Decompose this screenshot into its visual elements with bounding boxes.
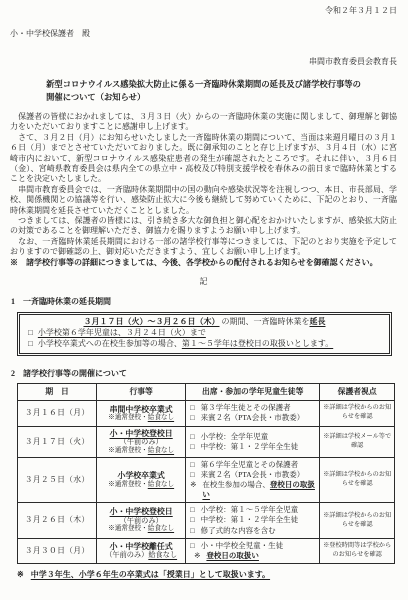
checkbox-glyph: □ [190, 505, 195, 515]
table-row: ３月２５日（水） 小学校卒業式 ※通常登校・給食なし □第６学年全児童とその保護… [18, 457, 395, 503]
document-title-line2: 開催について（お知らせ） [46, 92, 361, 104]
event-note-underlined: 給食なし [148, 447, 174, 454]
extension-period-box: ３月１７日（火）～３月２６日（木） の期間、一斉臨時休業を延長 □ 小学校第６学… [17, 312, 392, 356]
table-row: ３月１６日（月） 串間中学校卒業式 ※通常登校・給食なし □第３学年生徒とその保… [18, 401, 395, 426]
participant-item: □小学校：全学年児童 [190, 432, 317, 442]
row-parent-note: ※詳細は学校からのお知らせを確認 [320, 503, 395, 538]
extension-period-line: ３月１７日（火）～３月２６日（木） の期間、一斉臨時休業を延長 [25, 317, 384, 327]
ki-separator: 記 [10, 277, 397, 287]
event-subtitle: （午前のみ）給食なし [98, 551, 184, 560]
participant-text: 来賓２名（PTA会長・市教委） [201, 470, 305, 480]
event-note: ※通常登校・給食なし [98, 525, 184, 533]
notice-document: 令和２年３月１２日 小・中学校保護者 殿 串間市教育委員会教育長 新型コロナウイ… [0, 0, 408, 600]
participant-item: □小・中学校全児童・生徒 [190, 541, 317, 551]
row-parent-note: ※詳細は学校メール等で確認 [320, 426, 395, 457]
body-paragraph: 串間市教育委員会では、一斉臨時休業期間中の国の動向や感染状況等を注視しつつ、本日… [10, 185, 397, 216]
participant-item: □小学校：第１～５学年全児童 [190, 505, 317, 515]
body-text: 保護者の皆様におかれましては、３月３日（火）からの一斉臨時休業の実施に関しまして… [10, 112, 397, 268]
event-title: 串間中学校卒業式 [98, 405, 184, 414]
row-date: ３月３０日（月） [18, 538, 97, 563]
body-paragraph: つきましては、保護者の皆様には、引き続き多大な御負担と御心配をおかけいたしますが… [10, 216, 397, 237]
row-participants: □第３学年生徒とその保護者 □来賓２名（PTA会長・市教委） [186, 401, 320, 426]
table-row: ３月１７日（火） 小・中学校登校日 （午前のみ） ※通常登校・給食なし □小学校… [18, 426, 395, 457]
section1-heading: 1 一斉臨時休業の延長期間 [11, 297, 397, 307]
participant-text: 第３学年生徒とその保護者 [201, 403, 291, 413]
checkbox-glyph: □ [190, 541, 195, 551]
checkbox-glyph: □ [28, 328, 33, 338]
participant-text: 登校日の取扱い [206, 551, 259, 561]
checkbox-glyph: □ [190, 403, 195, 413]
row-date: ３月１６日（月） [18, 401, 97, 426]
event-note-pre: ※通常登校・ [108, 414, 148, 421]
event-note: ※通常登校・給食なし [98, 481, 184, 489]
row-event: 小・中学校登校日 （午前のみ） ※通常登校・給食なし [97, 426, 186, 457]
box-item: □ 小学校卒業式への在校生参加等の場合、第１～５学年は登校日の取扱いとします。 [25, 339, 384, 349]
checkbox-glyph: □ [190, 432, 195, 442]
checkbox-glyph: □ [190, 515, 195, 525]
event-subtitle: （午前のみ） [98, 438, 184, 447]
checkbox-glyph: □ [190, 460, 195, 470]
event-note-underlined: 給食なし [148, 414, 174, 421]
row-date: ３月２５日（水） [18, 457, 97, 503]
section2-heading: 2 諸学校行事等の開催について [11, 369, 397, 379]
participant-text: 小学校：第１～５学年全児童 [201, 505, 299, 515]
asterisk-mark: ※ [190, 551, 200, 561]
checkbox-glyph: □ [190, 442, 195, 452]
bold-note: ※ 諸学校行事等の詳細につきましては、今後、各学校からの配付されるお知らせを御確… [10, 258, 397, 268]
checkbox-glyph: □ [190, 470, 195, 480]
event-note-underlined: 給食なし [148, 525, 174, 532]
box-item-text-pre: 小学校卒業式への在校生参加等の場合、 [38, 339, 182, 348]
row-event: 小・中学校登校日 （午前のみ） ※通常登校・給食なし [97, 503, 186, 538]
sender: 串間市教育委員会教育長 [10, 57, 397, 67]
participant-text: 在校生参加の場合、登校日の取扱い [202, 480, 317, 500]
participant-item: □第３学年生徒とその保護者 [190, 403, 317, 413]
participant-text: 小学校：全学年児童 [201, 432, 269, 442]
row-participants: □小学校：全学年児童 □中学校：第１・２学年全生徒 [186, 426, 320, 457]
extension-period-emphasis: 延長 [310, 317, 326, 326]
event-note-pre: ※通常登校・ [108, 481, 148, 488]
row-participants: □第６学年全児童とその保護者 □来賓２名（PTA会長・市教委） ※在校生参加の場… [186, 457, 320, 503]
participant-item: ※在校生参加の場合、登校日の取扱い [190, 480, 317, 500]
event-note-pre: ※通常登校・ [108, 447, 148, 454]
header-event: 行事等 [97, 384, 186, 401]
asterisk-mark: ※ [190, 480, 196, 500]
participant-item: □修了式的な内容を含む [190, 526, 317, 536]
asterisk-mark: ※ [17, 570, 24, 580]
participant-text: 修了式的な内容を含む [201, 526, 276, 536]
event-note: ※通常登校・給食なし [98, 414, 184, 422]
participant-item: □中学校：第１・２学年全生徒 [190, 442, 317, 452]
row-date: ３月１７日（火） [18, 426, 97, 457]
event-note-pre: ※通常登校・ [108, 525, 148, 532]
event-subtitle-underlined: 給食なし [148, 551, 177, 559]
box-item: □ 小学校第６学年児童は、３月２４日（火）まで [25, 328, 384, 338]
document-title-line1: 新型コロナウイルス感染拡大防止に係る一斉臨時休業期間の延長及び諸学校行事等の [46, 79, 361, 91]
participant-item: □中学校：第１・２学年全生徒 [190, 515, 317, 525]
participant-item: □第６学年全児童とその保護者 [190, 460, 317, 470]
participant-text: 第６学年全児童とその保護者 [201, 460, 299, 470]
header-parent-view: 保護者視点 [320, 384, 395, 401]
body-paragraph: なお、一斉臨時休業延長期間における一部の諸学校行事等につきましては、下記のとおり… [10, 237, 397, 258]
participant-text-pre: 在校生参加の場合、 [202, 480, 270, 489]
row-date: ３月２６日（木） [18, 503, 97, 538]
footnote-text: 中学３年生、小学６年生の卒業式は「授業日」として取扱います。 [31, 570, 270, 580]
row-parent-note: ※詳細は学校からのお知らせを確認 [320, 401, 395, 426]
box-item-text: 小学校第６学年児童は、３月２４日（火）まで [38, 328, 206, 338]
row-parent-note: ※登校時間等は学校からのお知らせを確認 [320, 538, 395, 563]
participant-item: ※登校日の取扱い [190, 551, 317, 561]
events-table: 期 日 行事等 出席・参加の学年児童生徒等 保護者視点 ３月１６日（月） 串間中… [17, 383, 395, 564]
event-note: ※通常登校・給食なし [98, 447, 184, 455]
participant-item: □来賓２名（PTA会長・市教委） [190, 413, 317, 423]
table-row: ３月３０日（月） 小・中学校離任式 （午前のみ）給食なし □小・中学校全児童・生… [18, 538, 395, 563]
table-footnote: ※ 中学３年生、小学６年生の卒業式は「授業日」として取扱います。 [10, 570, 397, 580]
event-title: 小・中学校登校日 [98, 429, 184, 438]
table-row: ３月２６日（木） 小・中学校登校日 （午前のみ） ※通常登校・給食なし □小学校… [18, 503, 395, 538]
checkbox-glyph: □ [28, 339, 33, 349]
participant-text: 来賓２名（PTA会長・市教委） [201, 413, 305, 423]
extension-period-text: の期間、一斉臨時休業を [220, 317, 310, 326]
row-participants: □小・中学校全児童・生徒 ※登校日の取扱い [186, 538, 320, 563]
body-paragraph: 保護者の皆様におかれましては、３月３日（火）からの一斉臨時休業の実施に関しまして… [10, 112, 397, 133]
row-participants: □小学校：第１～５学年全児童 □中学校：第１・２学年全生徒 □修了式的な内容を含… [186, 503, 320, 538]
checkbox-glyph: □ [190, 526, 195, 536]
addressee: 小・中学校保護者 殿 [10, 29, 397, 39]
row-event: 小・中学校離任式 （午前のみ）給食なし [97, 538, 186, 563]
extension-period-dates: ３月１７日（火）～３月２６日（木） [84, 317, 220, 326]
table-header-row: 期 日 行事等 出席・参加の学年児童生徒等 保護者視点 [18, 384, 395, 401]
event-note-underlined: 給食なし [148, 481, 174, 488]
event-title: 小・中学校離任式 [98, 542, 184, 551]
event-title: 小学校卒業式 [98, 471, 184, 480]
participant-text: 小・中学校全児童・生徒 [201, 541, 284, 551]
body-paragraph: さて、３月２日（月）にお知らせいたしました一斉臨時休業の期間について、当面は来週… [10, 133, 397, 185]
participant-text: 中学校：第１・２学年全生徒 [201, 515, 299, 525]
event-title: 小・中学校登校日 [98, 507, 184, 516]
header-date: 期 日 [18, 384, 97, 401]
box-item-text: 小学校卒業式への在校生参加等の場合、第１～５学年は登校日の取扱いとします。 [38, 339, 333, 349]
participant-text: 中学校：第１・２学年全生徒 [201, 442, 299, 452]
event-subtitle-pre: （午前のみ） [105, 551, 148, 559]
document-title: 新型コロナウイルス感染拡大防止に係る一斉臨時休業期間の延長及び諸学校行事等の 開… [46, 79, 361, 104]
row-parent-note: ※詳細は学校からのお知らせを確認 [320, 457, 395, 503]
participant-item: □来賓２名（PTA会長・市教委） [190, 470, 317, 480]
header-participants: 出席・参加の学年児童生徒等 [186, 384, 320, 401]
issue-date: 令和２年３月１２日 [10, 6, 397, 16]
row-event: 串間中学校卒業式 ※通常登校・給食なし [97, 401, 186, 426]
box-item-text-underlined: 第１～５学年は登校日の取扱いとします。 [182, 339, 333, 348]
row-event: 小学校卒業式 ※通常登校・給食なし [97, 457, 186, 503]
checkbox-glyph: □ [190, 413, 195, 423]
